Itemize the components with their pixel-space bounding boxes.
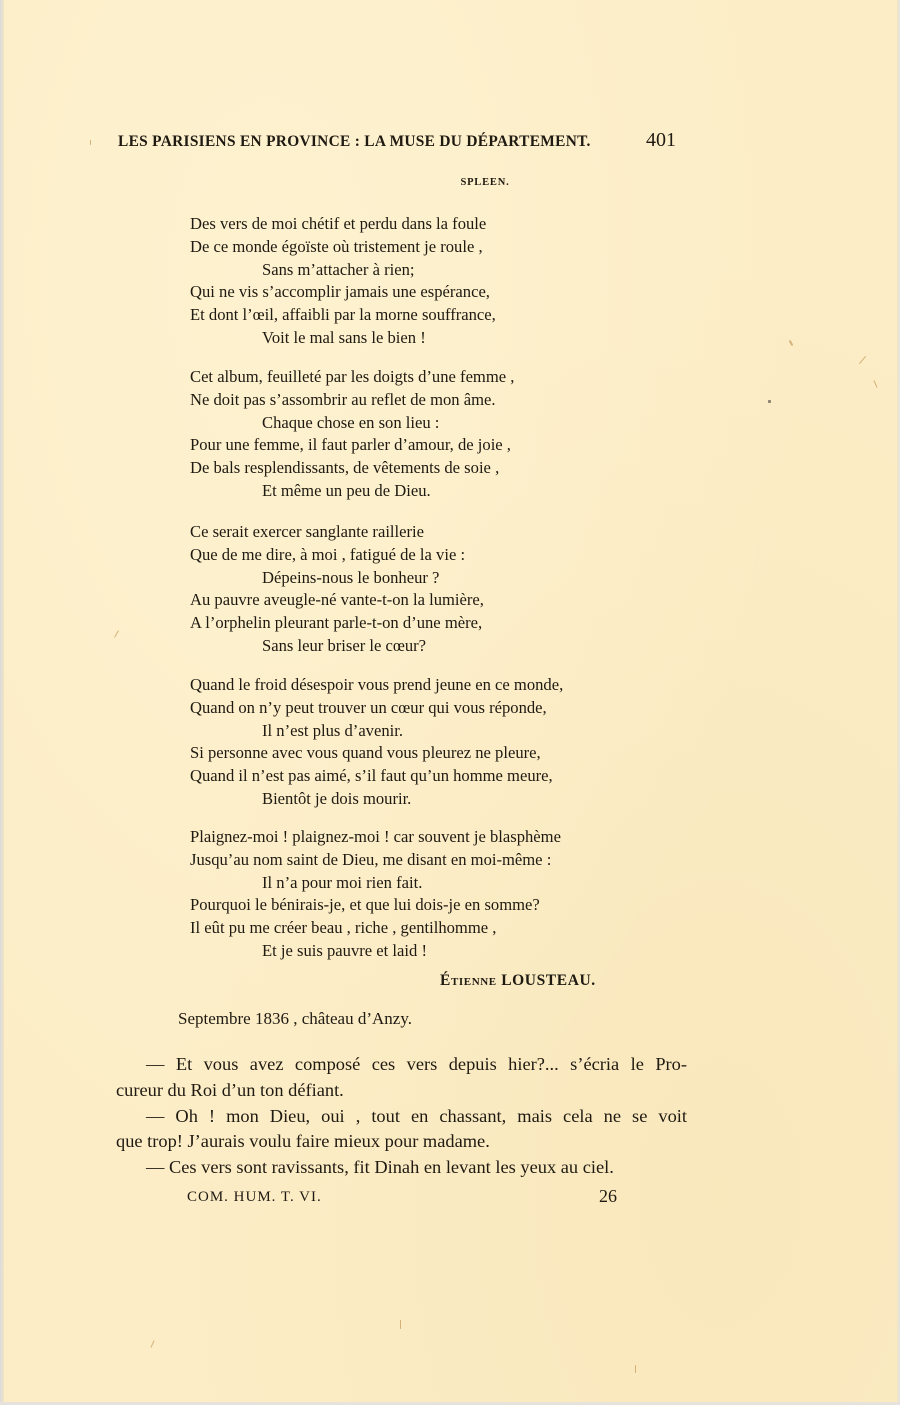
verse-line: Pourquoi le bénirais-je, et que lui dois…	[190, 894, 650, 917]
paper-speck	[90, 140, 91, 145]
verse-line: Quand on n’y peut trouver un cœur qui vo…	[190, 697, 650, 720]
printer-signature-mark: COM. HUM. T. VI.	[187, 1189, 322, 1206]
verse-line: Qui ne vis s’accomplir jamais une espéra…	[190, 281, 650, 304]
prose-dialogue: — Et vous avez composé ces vers depuis h…	[146, 1052, 687, 1181]
verse-line: Ce serait exercer sanglante raillerie	[190, 521, 650, 544]
verse-line-refrain: Dépeins-nous le bonheur ?	[190, 567, 650, 590]
verse-line: Des vers de moi chétif et perdu dans la …	[190, 213, 650, 236]
verse-line: Que de me dire, à moi , fatigué de la vi…	[190, 544, 650, 567]
poem-signature: Étienne LOUSTEAU.	[440, 972, 596, 990]
prose-line: — Et vous avez composé ces vers depuis h…	[146, 1052, 687, 1078]
verse-line: Pour une femme, il faut parler d’amour, …	[190, 434, 650, 457]
verse-line: Quand le froid désespoir vous prend jeun…	[190, 674, 650, 697]
verse-line: Si personne avec vous quand vous pleurez…	[190, 742, 650, 765]
running-head: LES PARISIENS EN PROVINCE : LA MUSE DU D…	[118, 129, 678, 153]
verse-line-refrain: Sans m’attacher à rien;	[190, 259, 650, 282]
prose-line: — Ces vers sont ravissants, fit Dinah en…	[146, 1155, 687, 1181]
signature-last-name: LOUSTEAU.	[501, 972, 596, 989]
verse-line: De bals resplendissants, de vêtements de…	[190, 457, 650, 480]
paper-speck	[789, 340, 794, 346]
verse-line: Quand il n’est pas aimé, s’il faut qu’un…	[190, 765, 650, 788]
stanza-4: Quand le froid désespoir vous prend jeun…	[190, 674, 650, 811]
verse-line-refrain: Sans leur briser le cœur?	[190, 635, 650, 658]
verse-line: Plaignez-moi ! plaignez-moi ! car souven…	[190, 826, 650, 849]
stanza-2: Cet album, feuilleté par les doigts d’un…	[190, 366, 650, 503]
verse-line: Au pauvre aveugle-né vante-t-on la lumiè…	[190, 589, 650, 612]
paper-speck	[400, 1320, 401, 1329]
running-title: LES PARISIENS EN PROVINCE : LA MUSE DU D…	[118, 133, 591, 151]
stanza-5: Plaignez-moi ! plaignez-moi ! car souven…	[190, 826, 650, 963]
verse-line: Jusqu’au nom saint de Dieu, me disant en…	[190, 849, 650, 872]
verse-line-refrain: Et je suis pauvre et laid !	[190, 940, 650, 963]
verse-line-refrain: Chaque chose en son lieu :	[190, 412, 650, 435]
page-footer: COM. HUM. T. VI. 26	[187, 1186, 617, 1210]
paper-speck	[114, 630, 119, 637]
verse-line: Il eût pu me créer beau , riche , gentil…	[190, 917, 650, 940]
verse-line-refrain: Il n’est plus d’avenir.	[190, 720, 650, 743]
poem-title: SPLEEN.	[0, 177, 900, 188]
signature-first-name: Étienne	[440, 972, 497, 989]
prose-line: cureur du Roi d’un ton défiant.	[116, 1078, 687, 1104]
paper-speck	[150, 1340, 154, 1348]
verse-line-refrain: Et même un peu de Dieu.	[190, 480, 650, 503]
verse-line-refrain: Il n’a pour moi rien fait.	[190, 872, 650, 895]
page-edge-left	[0, 0, 4, 1405]
verse-line: Et dont l’œil, affaibli par la morne sou…	[190, 304, 650, 327]
verse-line: A l’orphelin pleurant parle-t-on d’une m…	[190, 612, 650, 635]
poem-dateline: Septembre 1836 , château d’Anzy.	[178, 1009, 412, 1029]
prose-line: — Oh ! mon Dieu, oui , tout en chassant,…	[146, 1104, 687, 1130]
prose-line: que trop! J’aurais voulu faire mieux pou…	[116, 1129, 687, 1155]
verse-line: De ce monde égoïste où tristement je rou…	[190, 236, 650, 259]
stanza-3: Ce serait exercer sanglante raillerie Qu…	[190, 521, 650, 658]
stanza-1: Des vers de moi chétif et perdu dans la …	[190, 213, 650, 350]
verse-line-refrain: Voit le mal sans le bien !	[190, 327, 650, 350]
paper-speck	[635, 1365, 636, 1373]
verse-line: Cet album, feuilleté par les doigts d’un…	[190, 366, 650, 389]
paper-speck	[859, 356, 866, 364]
paper-speck	[768, 400, 771, 403]
paper-speck	[873, 380, 877, 388]
sheet-number: 26	[599, 1186, 617, 1207]
verse-line: Ne doit pas s’assombrir au reflet de mon…	[190, 389, 650, 412]
verse-line-refrain: Bientôt je dois mourir.	[190, 788, 650, 811]
page-number: 401	[646, 129, 676, 152]
